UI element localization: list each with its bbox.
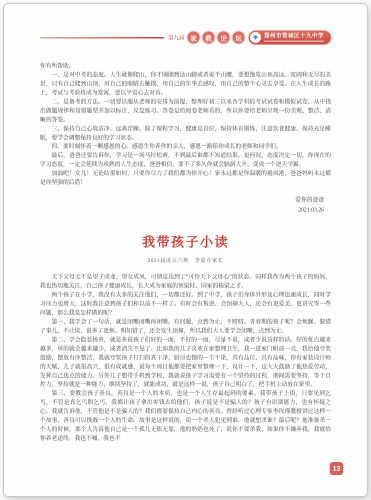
school-banner: ❖ 郑州市管城区十九中学	[249, 31, 332, 45]
article-body: 天下父母无不是望子成龙、望女成凤，可谓是达到了“可怜天下父母心”的状态。同样我作…	[40, 273, 331, 443]
letter-paragraph: 四、要时刻怀着一颗感恩的心。感恩生你养你的亲人，感恩一路陪你成长的老师和同学们。	[40, 143, 331, 152]
page-number-badge: 13	[330, 462, 343, 475]
scanned-page-viewport: 第九届 家 教 论 坛 ❖ 郑州市管城区十九中学	[0, 0, 371, 500]
page-header: 第九届 家 教 论 坛 ❖ 郑州市管城区十九中学	[40, 30, 331, 45]
letter-date: 2021.03.26	[40, 205, 324, 215]
badge-circle: 论	[218, 32, 230, 44]
badge-circle: 家	[188, 32, 200, 44]
article-paragraph: 第二、学会隐恶扬善，就是多说孩子们好的一面，不好的一面，尽量不说，或者少说这样的…	[40, 336, 331, 390]
letter-signature-block: 爱你的爸爸 2021.03.26	[40, 196, 331, 216]
article-paragraph: 两个孩子在小学，我没有太多的关注他们，一切都还好。到了中学，孩子们身体外形及心理…	[40, 291, 331, 318]
article-paragraph: 第三、要教会孩子善良，善良是一个人的本质，也是一个人生存最起码的要素。我带孩子上…	[40, 390, 331, 444]
letter-paragraph: 三、保持自己心境清净、远离浮躁。除了课程学习，健康是首位，保持体育锻炼，注意饮食…	[40, 125, 331, 143]
header-badges: 家 教 论 坛	[188, 32, 245, 44]
article-byline: 2021届凌云六班 李夏卉家长	[40, 257, 331, 265]
school-logo-icon: ❖	[250, 32, 261, 43]
letter-body: 你有所帮助。 一、是对中考的态度。人生就像爬山，你才刚刚到达山脚或者说半山腰，要…	[40, 62, 331, 188]
badge-circle: 坛	[233, 32, 245, 44]
letter-signature: 爱你的爸爸	[40, 196, 324, 206]
page-sheet: 第九届 家 教 论 坛 ❖ 郑州市管城区十九中学	[3, 3, 368, 497]
article-title: 我带孩子小读	[40, 232, 331, 251]
edition-label: 第九届	[168, 34, 185, 42]
badge-circle: 教	[203, 32, 215, 44]
article-paragraph: 第一、我学会了一句话，就是闭嘴闭嘴再闭嘴。有问题，点到为止，不唠叨。青春期的孩子…	[40, 318, 331, 336]
page-content: 第九届 家 教 论 坛 ❖ 郑州市管城区十九中学	[4, 4, 367, 496]
letter-paragraph: 一、是对中考的态度。人生就像爬山，你才刚刚到达山脚或者说半山腰，要想饱览山顶高远…	[40, 71, 331, 98]
header-rule	[40, 37, 164, 39]
school-name-block: 郑州市管城区十九中学	[264, 33, 324, 42]
letter-paragraph: 最后，爸爸还要告诉你，学习是一场马拉松赛，不到最后谁都不知道结果。更何况，态度决…	[40, 152, 331, 170]
letter-intro-line: 你有所帮助。	[40, 62, 331, 71]
article-paragraph: 天下父母无不是望子成龙、望女成凤，可谓是达到了“可怜天下父母心”的状态。同样我作…	[40, 273, 331, 291]
letter-paragraph: 加油吧！女儿！无论结果如何，只要你尽力了我们都为你开心！家永远都是你温暖的避风港…	[40, 170, 331, 188]
school-name: 郑州市管城区十九中学	[264, 33, 324, 39]
school-subtitle-strip	[264, 40, 324, 42]
letter-paragraph: 二、是备考的方法。一切要以服从老师的安排为前提，整理好初三以来各学科的考试试卷和…	[40, 98, 331, 125]
